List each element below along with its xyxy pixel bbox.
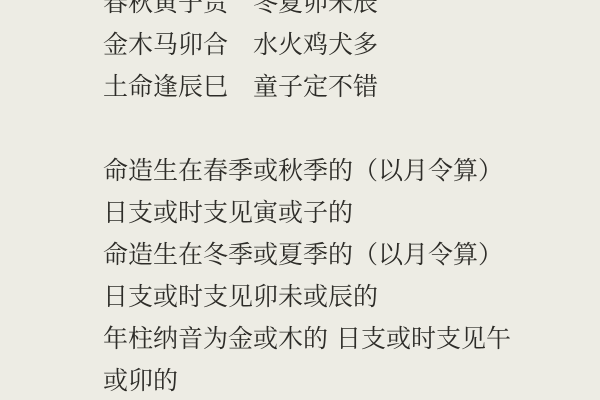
verse-line-3: 土命逢辰巳 童子定不错 [103,66,580,108]
body-line-3: 命造生在冬季或夏季的（以月令算） [103,234,580,276]
blank-line [103,108,580,150]
body-line-2: 日支或时支见寅或子的 [103,192,580,234]
verse-line-1-clipped: 春秋黄子贵 冬夏卯未辰 [103,0,580,24]
body-line-5: 年柱纳音为金或木的 日支或时支见午 [103,318,580,360]
text-block: 春秋黄子贵 冬夏卯未辰 金木马卯合 水火鸡犬多 土命逢辰巳 童子定不错 命造生在… [103,0,580,400]
body-line-1: 命造生在春季或秋季的（以月令算） [103,150,580,192]
body-line-4: 日支或时支见卯未或辰的 [103,276,580,318]
page: 春秋黄子贵 冬夏卯未辰 金木马卯合 水火鸡犬多 土命逢辰巳 童子定不错 命造生在… [0,0,600,400]
verse-line-2: 金木马卯合 水火鸡犬多 [103,24,580,66]
body-line-6: 或卯的 [103,360,580,400]
